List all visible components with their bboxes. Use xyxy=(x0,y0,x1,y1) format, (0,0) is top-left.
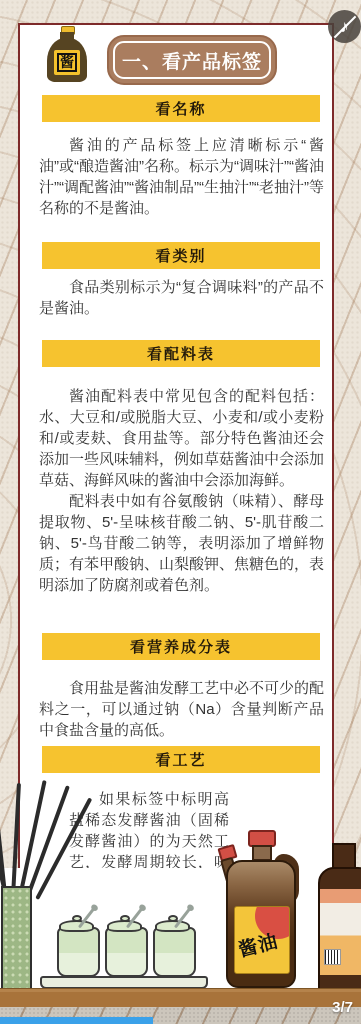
section-text-ingredients: 酱油配料表中常见包含的配料包括：水、大豆和/或脱脂大豆、小麦和/或小麦粉和/或麦… xyxy=(39,386,324,596)
condiment-jar-icon xyxy=(153,927,196,977)
progress-bar[interactable] xyxy=(0,1017,153,1024)
barcode-icon xyxy=(324,949,341,965)
condiment-jar-icon xyxy=(105,927,148,977)
section-header-category: 看类别 xyxy=(42,242,320,269)
chopstick-holder-icon xyxy=(1,886,32,988)
jug-label: 酱油 xyxy=(234,906,290,974)
soy-sauce-jug-icon: 酱油 xyxy=(222,830,300,990)
jug-label-text: 酱油 xyxy=(235,927,280,963)
sauce-bottle-icon xyxy=(318,843,361,995)
soy-sauce-bottle-logo-icon: 酱 xyxy=(47,26,87,82)
banner-title: 一、看产品标签 xyxy=(122,47,262,74)
paragraph: 食品类别标示为“复合调味料”的产品不是酱油。 xyxy=(39,277,324,319)
section-header-ingredients: 看配料表 xyxy=(42,340,320,367)
jug-neck xyxy=(252,845,272,861)
paragraph: 酱油的产品标签上应清晰标示“酱油”或“酿造酱油”名称。标示为“调味汁”“酱油汁”… xyxy=(39,135,324,219)
section-text-category: 食品类别标示为“复合调味料”的产品不是酱油。 xyxy=(39,277,324,319)
slide-page: 酱 一、看产品标签 看名称 酱油的产品标签上应清晰标示“酱油”或“酿造酱油”名称… xyxy=(0,0,361,1024)
mute-music-button[interactable]: ♪ xyxy=(328,10,361,43)
section-text-name: 酱油的产品标签上应清晰标示“酱油”或“酿造酱油”名称。标示为“调味汁”“酱油汁”… xyxy=(39,135,324,219)
section-header-nutrition: 看营养成分表 xyxy=(42,633,320,660)
paragraph: 食用盐是酱油发酵工艺中必不可少的配料之一，可以通过钠（Na）含量判断产品中食盐含… xyxy=(39,678,324,741)
shelf xyxy=(0,988,361,1008)
section-text-nutrition: 食用盐是酱油发酵工艺中必不可少的配料之一，可以通过钠（Na）含量判断产品中食盐含… xyxy=(39,678,324,741)
paragraph: 配料表中如有谷氨酸钠（味精）、酵母提取物、5'-呈味核苷酸二钠、5'-肌苷酸二钠… xyxy=(39,491,324,596)
bottle-logo-label: 酱 xyxy=(54,50,80,75)
paragraph: 酱油配料表中常见包含的配料包括：水、大豆和/或脱脂大豆、小麦和/或小麦粉和/或麦… xyxy=(39,386,324,491)
page-indicator: 3/7 xyxy=(332,999,353,1016)
bottle-logo-character: 酱 xyxy=(57,53,77,72)
section-header-process: 看工艺 xyxy=(42,746,320,773)
music-note-icon: ♪ xyxy=(340,18,349,35)
section-header-name: 看名称 xyxy=(42,95,320,122)
section-banner-inner: 一、看产品标签 xyxy=(113,41,271,79)
condiment-jar-icon xyxy=(57,927,100,977)
section-banner: 一、看产品标签 xyxy=(107,35,277,85)
